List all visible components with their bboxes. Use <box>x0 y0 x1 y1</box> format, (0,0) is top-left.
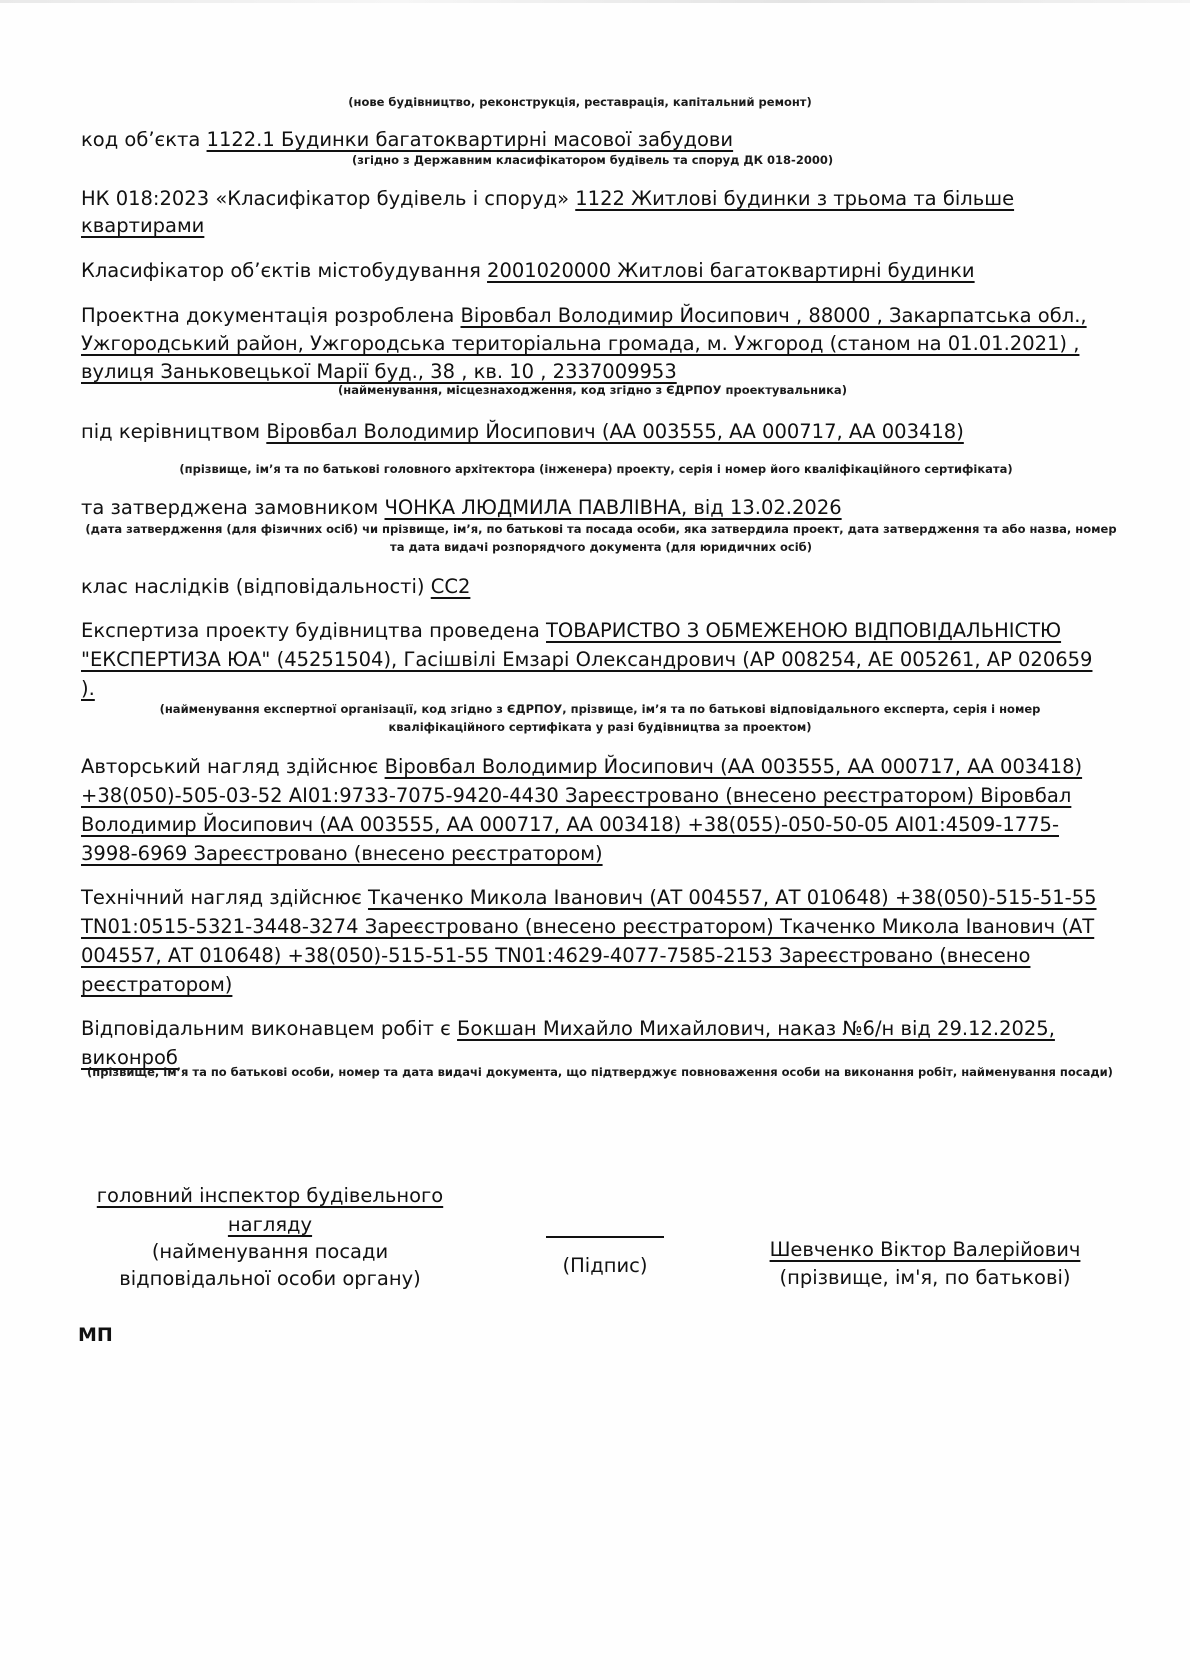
approval-label: та затверджена замовником <box>81 496 378 519</box>
object-code-value: 1122.1 Будинки багатоквартирні масової з… <box>207 128 734 151</box>
expertise-hint: (найменування експертної організації, ко… <box>130 700 1070 736</box>
signer-position: головний інспектор будівельного нагляду … <box>80 1182 460 1292</box>
signer-name-block: Шевченко Віктор Валерійович (прізвище, і… <box>760 1236 1090 1291</box>
chief-architect-hint: (прізвище, ім’я та по батькові головного… <box>81 460 1111 478</box>
object-code-hint: (згідно з Державним класифікатором будів… <box>352 153 833 167</box>
scan-edge <box>0 0 1190 3</box>
project-documentation-label: Проектна документація розроблена <box>81 304 454 327</box>
author-supervision-line: Авторський нагляд здійснює Віровбал Воло… <box>81 752 1111 868</box>
signer-position-hint-line2: відповідальної особи органу) <box>80 1265 460 1292</box>
approval-value: ЧОНКА ЛЮДМИЛА ПАВЛІВНА, від 13.02.2026 <box>385 496 842 519</box>
signature-field: (Підпис) <box>535 1236 675 1279</box>
signer-position-line2: нагляду <box>228 1213 312 1236</box>
object-code-line: код об’єкта 1122.1 Будинки багатоквартир… <box>81 126 1111 153</box>
approval-line: та затверджена замовником ЧОНКА ЛЮДМИЛА … <box>81 494 1111 521</box>
construction-type-hint: (нове будівництво, реконструкція, рестав… <box>300 93 860 111</box>
signer-position-hint-line1: (найменування посади <box>80 1238 460 1265</box>
urban-classifier-value: 2001020000 Житлові багатоквартирні будин… <box>487 259 975 282</box>
responsible-executor-label: Відповідальним виконавцем робіт є <box>81 1017 451 1040</box>
urban-classifier-label: Класифікатор об’єктів містобудування <box>81 259 481 282</box>
document-page: (нове будівництво, реконструкція, рестав… <box>0 0 1190 1680</box>
chief-architect-label: під керівництвом <box>81 420 260 443</box>
stamp-label: МП <box>78 1322 113 1349</box>
signature-hint: (Підпис) <box>535 1252 675 1279</box>
author-supervision-label: Авторський нагляд здійснює <box>81 755 378 778</box>
project-documentation-hint: (найменування, місцезнаходження, код згі… <box>338 383 847 397</box>
nk-classifier-label: НК 018:2023 «Класифікатор будівель і спо… <box>81 187 569 210</box>
chief-architect-value: Віровбал Володимир Йосипович (АА 003555,… <box>266 420 964 443</box>
consequence-class-label: клас наслідків (відповідальності) <box>81 575 425 598</box>
expertise-label: Експертиза проекту будівництва проведена <box>81 619 540 642</box>
signer-name: Шевченко Віктор Валерійович <box>760 1236 1090 1263</box>
consequence-class-line: клас наслідків (відповідальності) СС2 <box>81 573 1111 600</box>
urban-classifier-line: Класифікатор об’єктів містобудування 200… <box>81 257 1111 284</box>
technical-supervision-label: Технічний нагляд здійснює <box>81 886 362 909</box>
signer-position-line1: головний інспектор будівельного <box>80 1182 460 1209</box>
approval-hint: (дата затвердження (для фізичних осіб) ч… <box>81 520 1121 556</box>
responsible-executor-hint: (прізвище, ім’я та по батькові особи, но… <box>85 1063 1115 1081</box>
technical-supervision-line: Технічний нагляд здійснює Ткаченко Микол… <box>81 883 1111 999</box>
consequence-class-value: СС2 <box>431 575 471 598</box>
chief-architect-line: під керівництвом Віровбал Володимир Йоси… <box>81 418 1111 445</box>
signer-name-hint: (прізвище, ім'я, по батькові) <box>760 1264 1090 1291</box>
expertise-line: Експертиза проекту будівництва проведена… <box>81 616 1106 703</box>
project-documentation-line: Проектна документація розроблена Віровба… <box>81 302 1101 386</box>
object-code-label: код об’єкта <box>81 128 200 151</box>
nk-classifier-line: НК 018:2023 «Класифікатор будівель і спо… <box>81 185 1041 239</box>
signature-line <box>546 1236 664 1238</box>
